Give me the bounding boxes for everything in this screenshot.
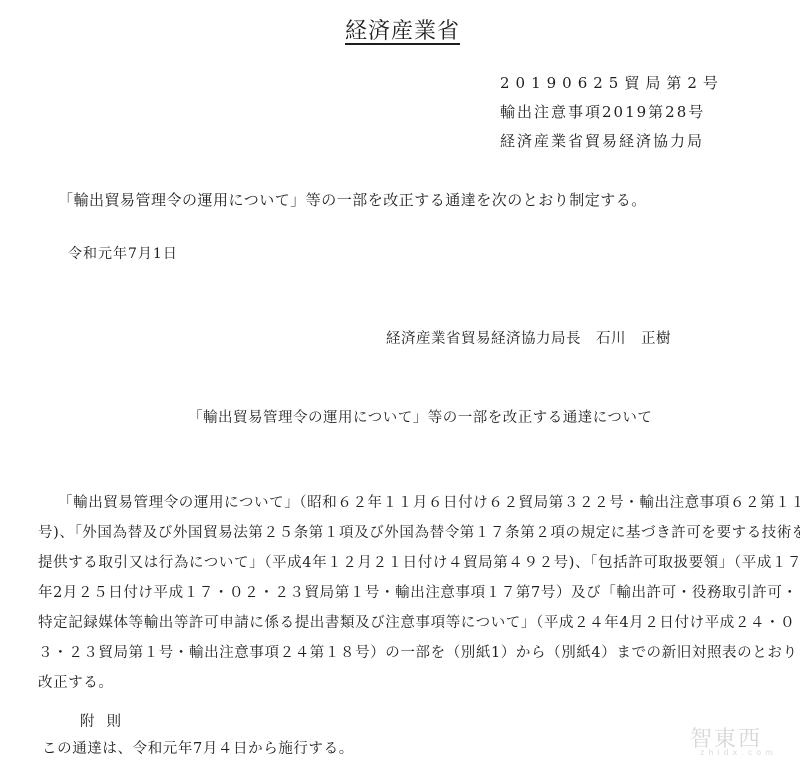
watermark-url: zhidx.com [700,748,777,757]
issue-date: 令和元年7月1日 [68,243,178,263]
body-paragraph: 「輸出貿易管理令の運用について」（昭和６２年１１月６日付け６２貿局第３２２号・輸… [38,488,778,698]
body-line: 提供する取引又は行為について」（平成4年１２月２１日付け４貿局第４９２号)、「包… [38,548,778,578]
subject-heading: 「輸出貿易管理令の運用について」等の一部を改正する通達について [188,406,652,427]
export-notice-number: 輸出注意事項2019第28号 [500,101,705,122]
supplementary-heading: 附則 [80,710,133,731]
issuing-bureau: 経済産業省貿易経済協力局 [500,130,704,151]
body-line: 号)、「外国為替及び外国貿易法第２５条第１項及び外国為替令第１７条第２項の規定に… [38,518,778,548]
signer-line: 経済産業省貿易経済協力局長 石川 正樹 [386,327,671,348]
body-line: 特定記録媒体等輸出等許可申請に係る提出書類及び注意事項等について」（平成２４年4… [38,608,778,638]
body-line: ３・２３貿局第１号・輸出注意事項２４第１８号）の一部を（別紙1）から（別紙4）ま… [38,638,778,668]
body-line: 「輸出貿易管理令の運用について」（昭和６２年１１月６日付け６２貿局第３２２号・輸… [38,488,778,518]
intro-statement: 「輸出貿易管理令の運用について」等の一部を改正する通達を次のとおり制定する。 [58,189,647,210]
body-line: 年2月２５日付け平成１７・０２・２３貿局第１号・輸出注意事項１７第7号）及び「輸… [38,578,778,608]
supplementary-text: この通達は、令和元年7月４日から施行する。 [42,737,354,758]
reference-number: 20190625貿局第2号 [500,72,724,93]
body-line: 改正する。 [38,668,778,698]
ministry-title: 経済産業省 [345,14,460,45]
